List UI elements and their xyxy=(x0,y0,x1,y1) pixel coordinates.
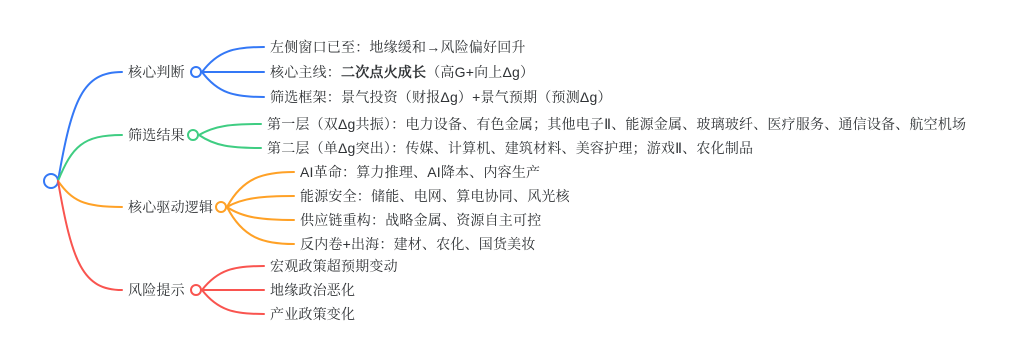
branch-label[interactable]: 核心判断 xyxy=(128,62,185,82)
child-connector xyxy=(202,266,264,290)
branch-connector xyxy=(58,72,122,181)
child-node[interactable]: 左侧窗口已至：地缘缓和→风险偏好回升 xyxy=(270,37,526,57)
branch-circle[interactable] xyxy=(191,67,201,77)
text-segment: 第一层（双Δg共振）：电力设备、有色金属；其他电子Ⅱ、能源金属、玻璃玻纤、医疗服… xyxy=(267,116,966,132)
branch-circle[interactable] xyxy=(191,285,201,295)
child-node[interactable]: 能源安全：储能、电网、算电协同、风光核 xyxy=(300,186,570,206)
text-segment: 核心主线： xyxy=(270,64,341,80)
text-segment: 宏观政策超预期变动 xyxy=(270,258,398,274)
child-node[interactable]: 地缘政治恶化 xyxy=(270,280,355,300)
branch-label[interactable]: 筛选结果 xyxy=(128,125,185,145)
text-segment: AI革命：算力推理、AI降本、内容生产 xyxy=(300,164,540,180)
child-connector xyxy=(227,207,294,220)
branch-connector xyxy=(58,181,122,207)
text-segment-bold: 二次点火成长 xyxy=(341,64,426,80)
text-segment: 筛选结果 xyxy=(128,127,185,143)
branch-connector xyxy=(58,181,122,290)
text-segment: 核心判断 xyxy=(128,64,185,80)
root-node[interactable] xyxy=(44,174,58,188)
child-connector xyxy=(199,135,261,148)
child-node[interactable]: AI革命：算力推理、AI降本、内容生产 xyxy=(300,162,540,182)
text-segment: 反内卷+出海：建材、农化、国货美妆 xyxy=(300,236,536,252)
child-node[interactable]: 核心主线：二次点火成长（高G+向上Δg） xyxy=(270,62,534,82)
child-node[interactable]: 第二层（单Δg突出）：传媒、计算机、建筑材料、美容护理；游戏Ⅱ、农化制品 xyxy=(267,138,753,158)
child-node[interactable]: 供应链重构：战略金属、资源自主可控 xyxy=(300,210,541,230)
branch-connector xyxy=(58,135,122,181)
branch-label[interactable]: 风险提示 xyxy=(128,280,185,300)
branch-circle[interactable] xyxy=(188,130,198,140)
child-connector xyxy=(227,196,294,207)
branch-label[interactable]: 核心驱动逻辑 xyxy=(128,197,213,217)
child-node[interactable]: 产业政策变化 xyxy=(270,304,355,324)
text-segment: 左侧窗口已至：地缘缓和→风险偏好回升 xyxy=(270,39,526,55)
text-segment: 产业政策变化 xyxy=(270,306,355,322)
child-node[interactable]: 筛选框架：景气投资（财报Δg）+景气预期（预测Δg） xyxy=(270,87,612,107)
text-segment: 风险提示 xyxy=(128,282,185,298)
child-connector xyxy=(202,47,264,72)
text-segment: 地缘政治恶化 xyxy=(270,282,355,298)
text-segment: （高G+向上Δg） xyxy=(426,64,534,80)
text-segment: 供应链重构：战略金属、资源自主可控 xyxy=(300,212,541,228)
text-segment: 第二层（单Δg突出）：传媒、计算机、建筑材料、美容护理；游戏Ⅱ、农化制品 xyxy=(267,140,753,156)
mindmap-canvas: 核心判断左侧窗口已至：地缘缓和→风险偏好回升核心主线：二次点火成长（高G+向上Δ… xyxy=(0,0,1024,361)
child-connector xyxy=(202,290,264,314)
text-segment: 核心驱动逻辑 xyxy=(128,199,213,215)
child-connector xyxy=(202,72,264,97)
text-segment: 筛选框架：景气投资（财报Δg）+景气预期（预测Δg） xyxy=(270,89,612,105)
branch-circle[interactable] xyxy=(216,202,226,212)
child-connector xyxy=(199,124,261,135)
child-node[interactable]: 第一层（双Δg共振）：电力设备、有色金属；其他电子Ⅱ、能源金属、玻璃玻纤、医疗服… xyxy=(267,114,966,134)
child-node[interactable]: 反内卷+出海：建材、农化、国货美妆 xyxy=(300,234,536,254)
child-node[interactable]: 宏观政策超预期变动 xyxy=(270,256,398,276)
text-segment: 能源安全：储能、电网、算电协同、风光核 xyxy=(300,188,570,204)
